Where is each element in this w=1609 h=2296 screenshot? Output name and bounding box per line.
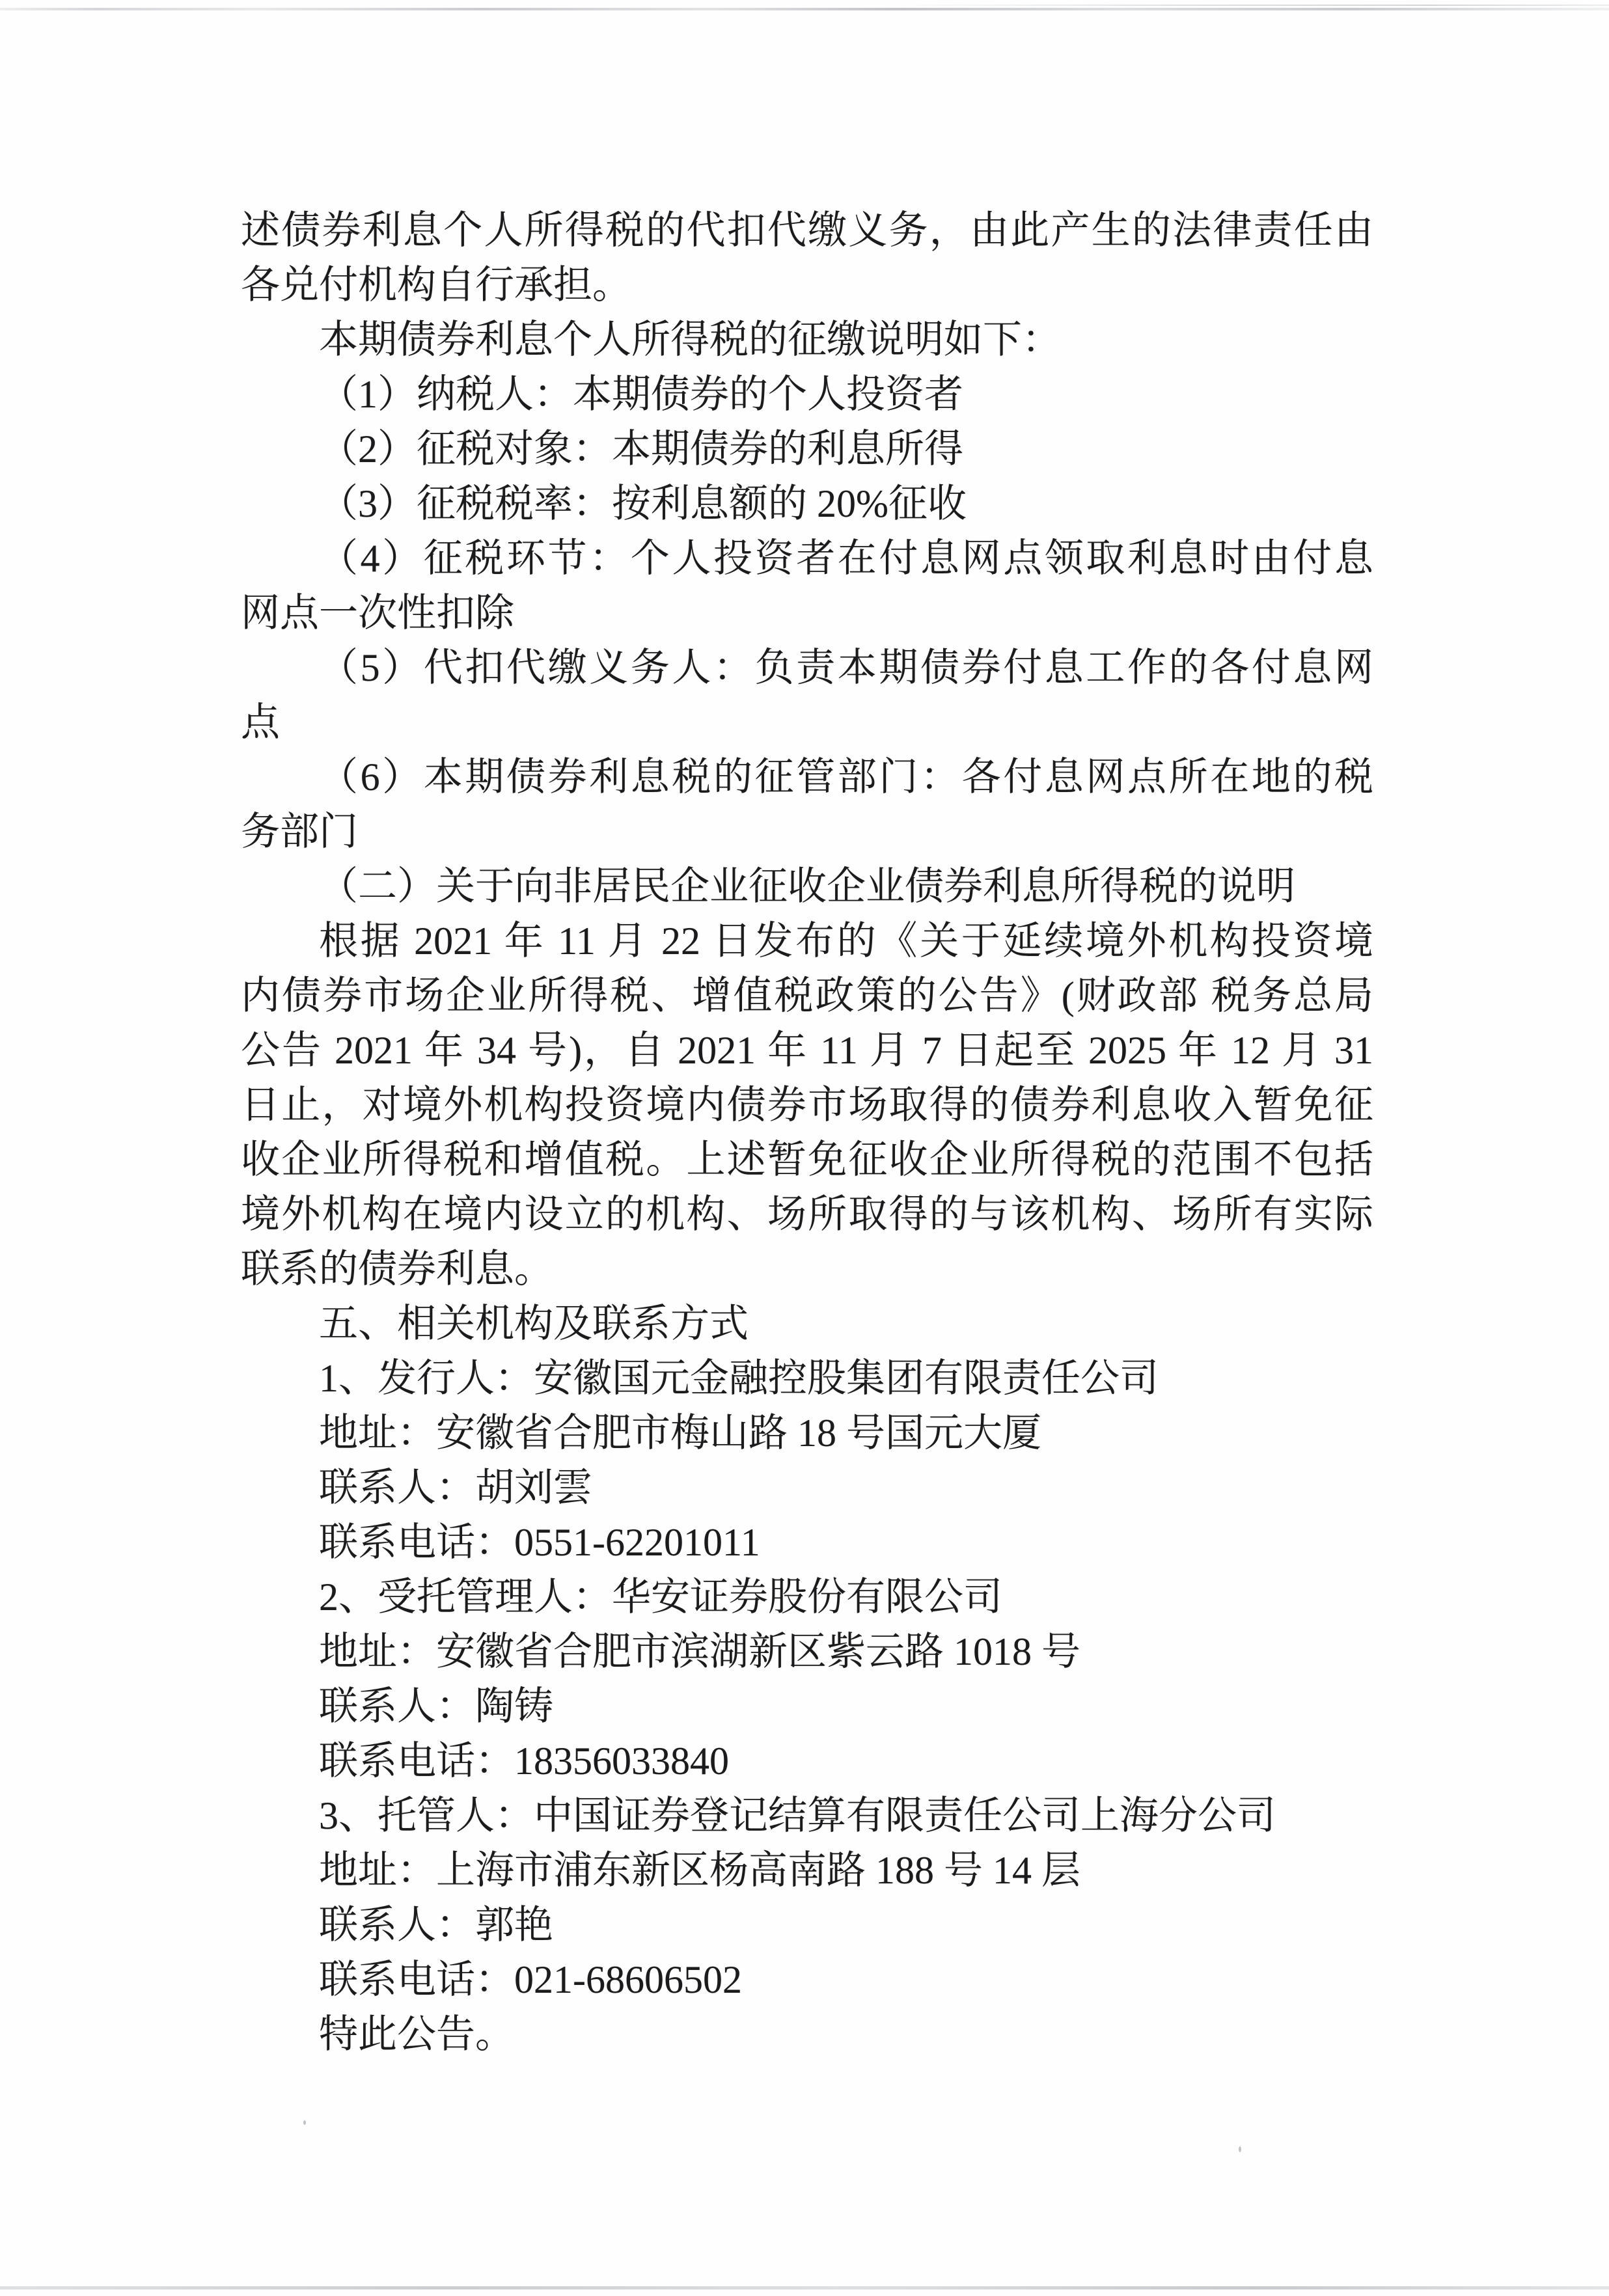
text-line: （6）本期债券利息税的征管部门：各付息网点所在地的税 (241, 750, 1373, 804)
text-line: 联系的债券利息。 (241, 1242, 1373, 1296)
text-line: 地址：安徽省合肥市梅山路 18 号国元大厦 (241, 1406, 1373, 1460)
text-line: 日止，对境外机构投资境内债券市场取得的债券利息收入暂免征 (241, 1078, 1373, 1132)
text-line: （二）关于向非居民企业征收企业债券利息所得税的说明 (241, 859, 1373, 914)
text-line: 网点一次性扣除 (241, 586, 1373, 640)
text-line: 联系人：陶铸 (241, 1679, 1373, 1734)
text-line: 境外机构在境内设立的机构、场所取得的与该机构、场所有实际 (241, 1187, 1373, 1242)
text-line: 地址：上海市浦东新区杨高南路 188 号 14 层 (241, 1843, 1373, 1898)
scan-speck (303, 2120, 306, 2125)
text-line: 收企业所得税和增值税。上述暂免征收企业所得税的范围不包括 (241, 1132, 1373, 1187)
text-line: 内债券市场企业所得税、增值税政策的公告》(财政部 税务总局 (241, 968, 1373, 1023)
text-line: 联系电话：0551-62201011 (241, 1515, 1373, 1570)
text-line: 联系电话：18356033840 (241, 1734, 1373, 1788)
text-line: 联系人：郭艳 (241, 1898, 1373, 1952)
text-line: 联系人：胡刘雲 (241, 1460, 1373, 1515)
scan-artifact-top-line (0, 8, 1609, 10)
text-line: 五、相关机构及联系方式 (241, 1296, 1373, 1351)
text-line: 地址：安徽省合肥市滨湖新区紫云路 1018 号 (241, 1624, 1373, 1679)
text-line: 3、托管人：中国证券登记结算有限责任公司上海分公司 (241, 1788, 1373, 1843)
text-line: （4）征税环节：个人投资者在付息网点领取利息时由付息 (241, 531, 1373, 586)
text-line: 公告 2021 年 34 号)，自 2021 年 11 月 7 日起至 2025… (241, 1023, 1373, 1078)
text-line: （5）代扣代缴义务人：负责本期债券付息工作的各付息网 (241, 640, 1373, 695)
text-line: （3）征税税率：按利息额的 20%征收 (241, 476, 1373, 531)
text-line: 各兑付机构自行承担。 (241, 258, 1373, 312)
text-line: 联系电话：021-68606502 (241, 1952, 1373, 2007)
scan-artifact-bottom-line (0, 2286, 1609, 2289)
text-line: 点 (241, 695, 1373, 750)
text-line: 2、受托管理人：华安证券股份有限公司 (241, 1570, 1373, 1624)
scan-speck (1239, 2146, 1241, 2152)
text-line: 特此公告。 (241, 2007, 1373, 2062)
text-line: 务部门 (241, 804, 1373, 859)
text-line: 根据 2021 年 11 月 22 日发布的《关于延续境外机构投资境 (241, 914, 1373, 968)
scan-artifact-top-line-secondary (893, 5, 1609, 6)
text-line: 1、发行人：安徽国元金融控股集团有限责任公司 (241, 1351, 1373, 1406)
text-line: 述债券利息个人所得税的代扣代缴义务，由此产生的法律责任由 (241, 203, 1373, 258)
text-line: 本期债券利息个人所得税的征缴说明如下： (241, 312, 1373, 367)
text-line: （1）纳税人：本期债券的个人投资者 (241, 367, 1373, 422)
document-text-block: 述债券利息个人所得税的代扣代缴义务，由此产生的法律责任由各兑付机构自行承担。本期… (241, 203, 1373, 2062)
text-line: （2）征税对象：本期债券的利息所得 (241, 422, 1373, 476)
scanned-document-page: 述债券利息个人所得税的代扣代缴义务，由此产生的法律责任由各兑付机构自行承担。本期… (0, 0, 1609, 2296)
